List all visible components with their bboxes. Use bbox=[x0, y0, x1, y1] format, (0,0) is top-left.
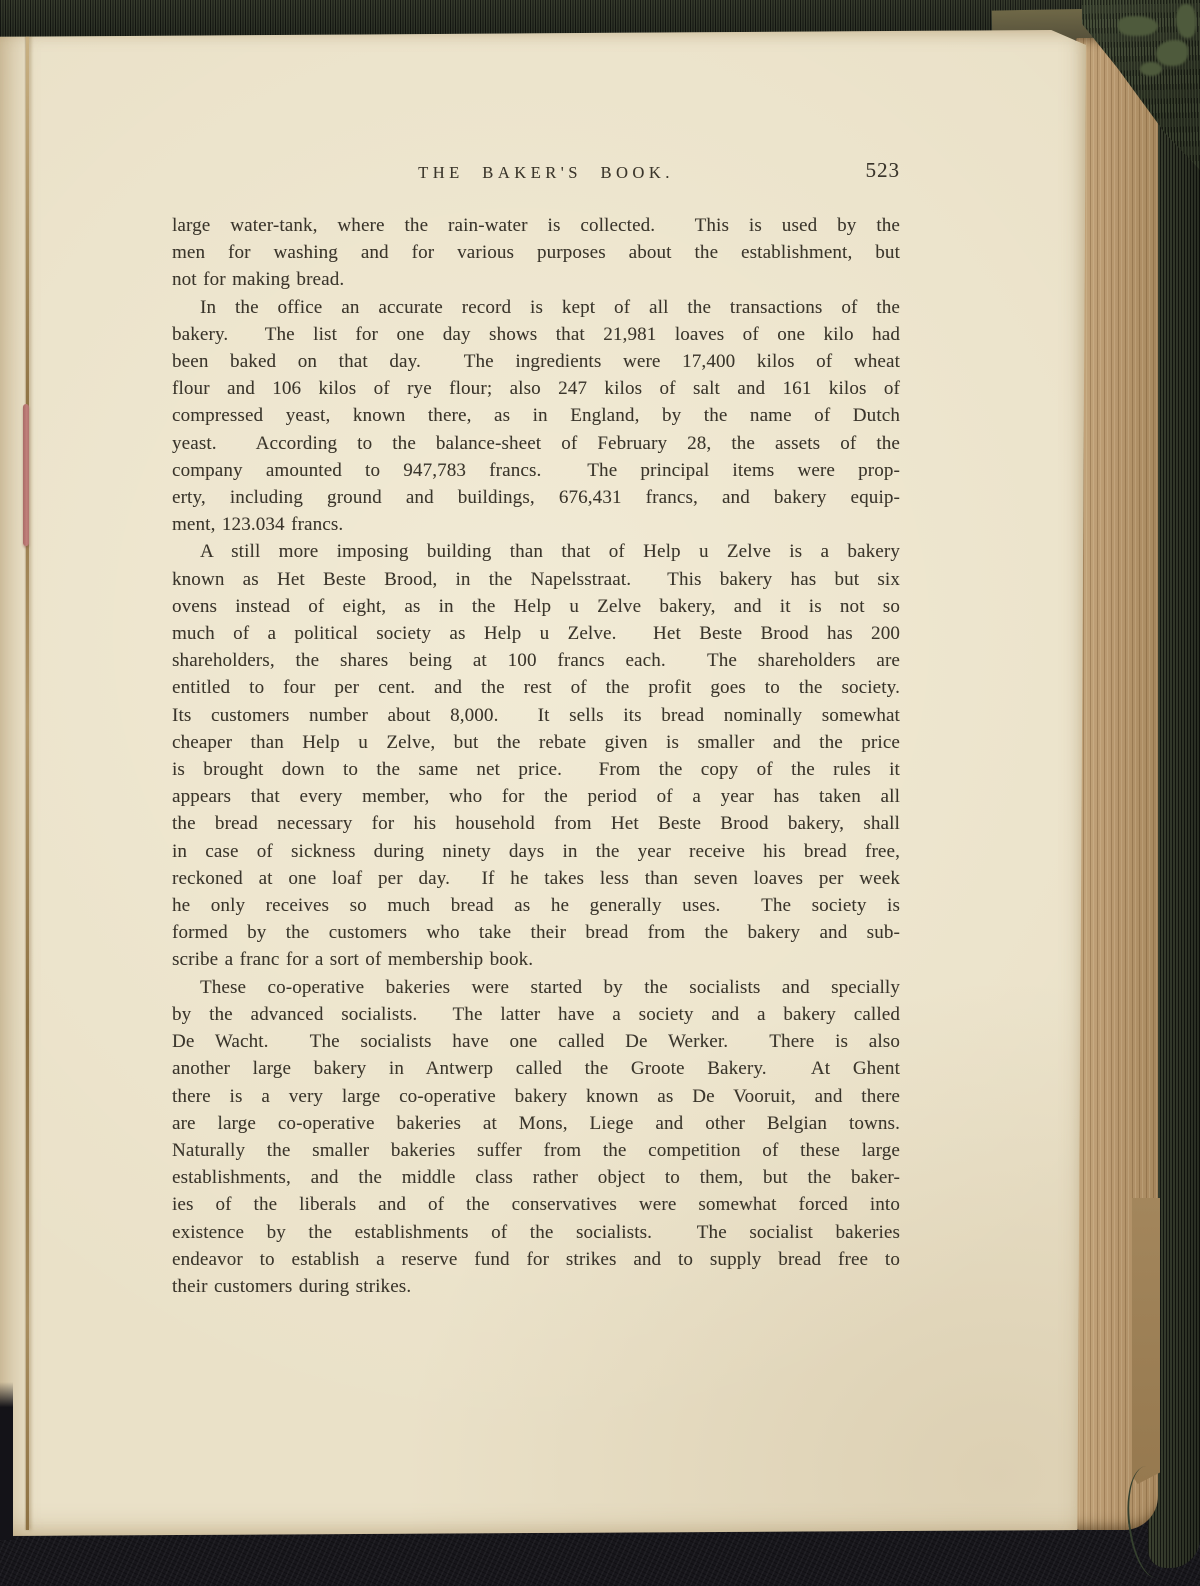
text-line: existence by the establishments of the s… bbox=[172, 1219, 900, 1246]
text-line: known as Het Beste Brood, in the Napelss… bbox=[172, 566, 900, 593]
page-header: THE BAKER'S BOOK. 523 bbox=[172, 158, 900, 192]
paragraph: A still more imposing building than that… bbox=[172, 538, 900, 973]
paragraph: large water-tank, where the rain-water i… bbox=[172, 212, 900, 294]
text-line: reckoned at one loaf per day. If he take… bbox=[172, 865, 900, 892]
book-page: THE BAKER'S BOOK. 523 large water-tank, … bbox=[0, 30, 1086, 1536]
cover-left-sliver bbox=[0, 1382, 13, 1540]
frayed-cloth bbox=[1156, 40, 1188, 66]
text-line: establishments, and the middle class rat… bbox=[172, 1164, 900, 1191]
page-number: 523 bbox=[866, 158, 901, 183]
text-line: entitled to four per cent. and the rest … bbox=[172, 674, 900, 701]
text-line: the bread necessary for his household fr… bbox=[172, 810, 900, 837]
text-line: erty, including ground and buildings, 67… bbox=[172, 484, 900, 511]
text-line: flour and 106 kilos of rye flour; also 2… bbox=[172, 375, 900, 402]
text-line: Its customers number about 8,000. It sel… bbox=[172, 702, 900, 729]
text-line: These co-operative bakeries were started… bbox=[172, 974, 900, 1001]
text-line: ment, 123.034 francs. bbox=[172, 511, 900, 538]
text-line: De Wacht. The socialists have one called… bbox=[172, 1028, 900, 1055]
text-line: shareholders, the shares being at 100 fr… bbox=[172, 647, 900, 674]
text-line: not for making bread. bbox=[172, 266, 900, 293]
book-scan-scene: THE BAKER'S BOOK. 523 large water-tank, … bbox=[0, 0, 1200, 1586]
text-line: endeavor to establish a reserve fund for… bbox=[172, 1246, 900, 1273]
ribbon-bookmark bbox=[23, 404, 29, 546]
text-line: been baked on that day. The ingredients … bbox=[172, 348, 900, 375]
text-line: another large bakery in Antwerp called t… bbox=[172, 1055, 900, 1082]
paragraph: In the office an accurate record is kept… bbox=[172, 294, 900, 539]
gutter-crease bbox=[26, 34, 29, 1530]
text-line: much of a political society as Help u Ze… bbox=[172, 620, 900, 647]
paragraph: These co-operative bakeries were started… bbox=[172, 974, 900, 1300]
text-line: A still more imposing building than that… bbox=[172, 538, 900, 565]
text-line: bakery. The list for one day shows that … bbox=[172, 321, 900, 348]
text-line: compressed yeast, known there, as in Eng… bbox=[172, 402, 900, 429]
text-line: men for washing and for various purposes… bbox=[172, 239, 900, 266]
text-line: is brought down to the same net price. F… bbox=[172, 756, 900, 783]
text-line: their customers during strikes. bbox=[172, 1273, 900, 1300]
text-line: scribe a franc for a sort of membership … bbox=[172, 946, 900, 973]
text-line: ies of the liberals and of the conservat… bbox=[172, 1191, 900, 1218]
text-line: Naturally the smaller bakeries suffer fr… bbox=[172, 1137, 900, 1164]
frayed-cloth bbox=[1176, 4, 1196, 38]
text-line: there is a very large co-operative baker… bbox=[172, 1083, 900, 1110]
text-line: yeast. According to the balance-sheet of… bbox=[172, 430, 900, 457]
text-line: by the advanced socialists. The latter h… bbox=[172, 1001, 900, 1028]
frayed-cloth bbox=[1118, 16, 1158, 36]
frayed-cloth bbox=[1140, 62, 1162, 76]
text-line: cheaper than Help u Zelve, but the rebat… bbox=[172, 729, 900, 756]
text-line: are large co-operative bakeries at Mons,… bbox=[172, 1110, 900, 1137]
text-line: ovens instead of eight, as in the Help u… bbox=[172, 593, 900, 620]
text-line: In the office an accurate record is kept… bbox=[172, 294, 900, 321]
text-line: formed by the customers who take their b… bbox=[172, 919, 900, 946]
text-line: company amounted to 947,783 francs. The … bbox=[172, 457, 900, 484]
text-line: large water-tank, where the rain-water i… bbox=[172, 212, 900, 239]
running-head: THE BAKER'S BOOK. bbox=[418, 163, 674, 183]
text-block: large water-tank, where the rain-water i… bbox=[172, 212, 900, 1300]
paper-slip bbox=[1132, 1198, 1160, 1484]
text-line: he only receives so much bread as he gen… bbox=[172, 892, 900, 919]
text-line: appears that every member, who for the p… bbox=[172, 783, 900, 810]
text-line: in case of sickness during ninety days i… bbox=[172, 838, 900, 865]
